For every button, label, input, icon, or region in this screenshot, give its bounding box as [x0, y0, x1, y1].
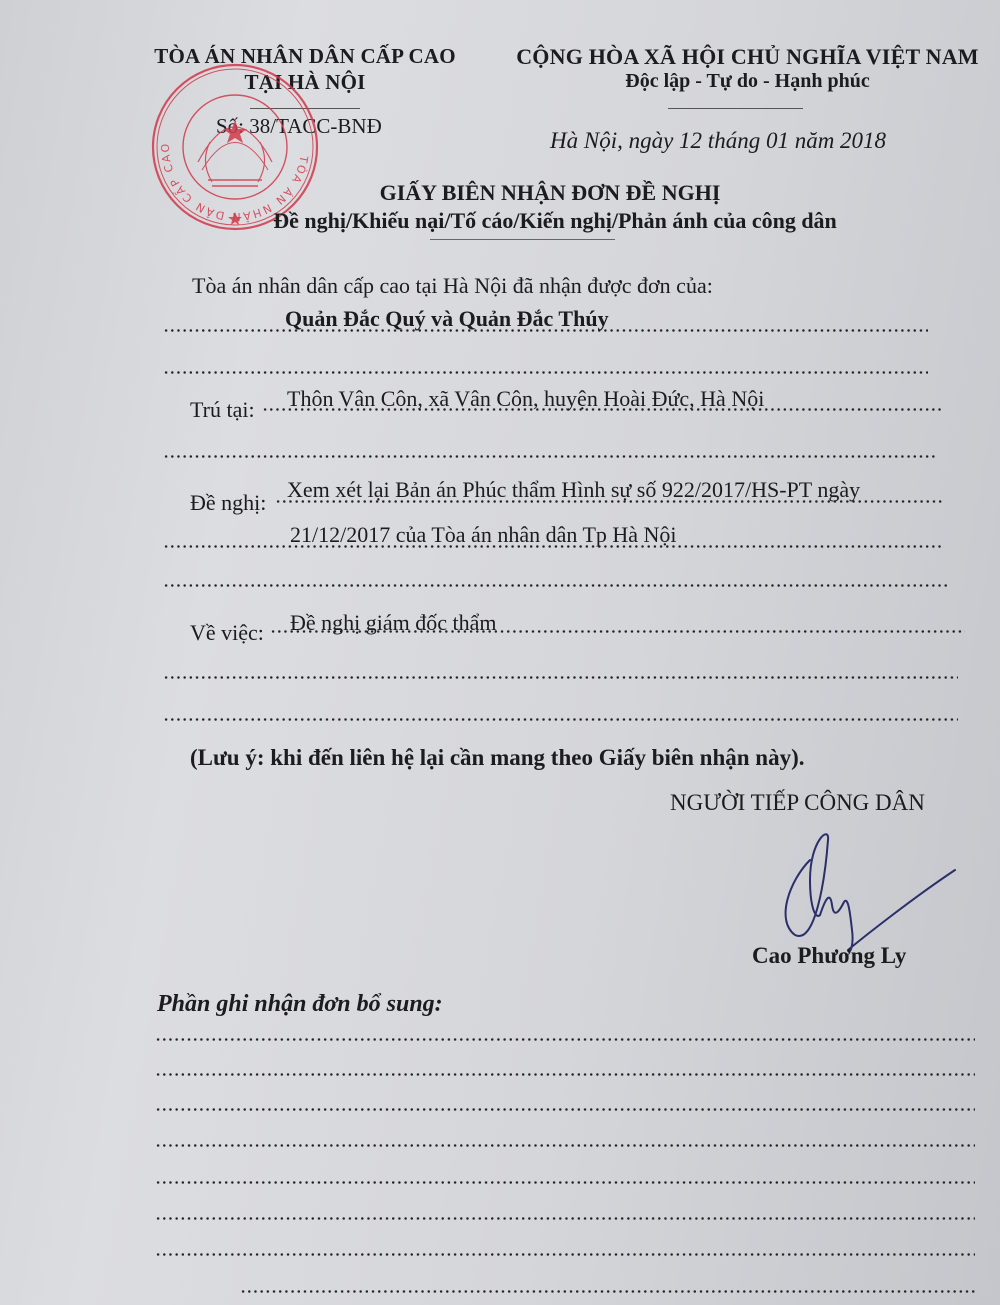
dotted-line: [163, 371, 928, 374]
header-right-rule: [668, 108, 803, 109]
dotted-line: [163, 455, 938, 458]
supplement-dotted-line: [155, 1038, 975, 1041]
supplement-dotted-line: [155, 1253, 975, 1256]
receiver-name: Cao Phương Ly: [752, 943, 906, 969]
country-name: CỘNG HÒA XÃ HỘI CHỦ NGHĨA VIỆT NAM: [505, 44, 990, 70]
supplement-dotted-line: [240, 1290, 975, 1293]
supplement-dotted-line: [155, 1108, 975, 1111]
supplement-heading: Phần ghi nhận đơn bổ sung:: [157, 991, 443, 1018]
applicant-names: Quản Đắc Quý và Quản Đắc Thúy: [285, 306, 609, 332]
reminder-note: (Lưu ý: khi đến liên hệ lại cần mang the…: [190, 745, 804, 771]
court-name: TÒA ÁN NHÂN DÂN CẤP CAO: [140, 44, 470, 69]
subject-label: Về việc:: [190, 620, 264, 646]
dotted-line: [163, 584, 948, 587]
subject-value: Đề nghị giám đốc thẩm: [290, 610, 497, 636]
document-subtitle: Đề nghị/Khiếu nại/Tố cáo/Kiến nghị/Phản …: [200, 208, 910, 234]
header-left-rule: [250, 108, 360, 109]
residence-value: Thôn Vân Côn, xã Vân Côn, huyện Hoài Đức…: [287, 386, 764, 412]
intro-text: Tòa án nhân dân cấp cao tại Hà Nội đã nh…: [192, 273, 713, 299]
residence-label: Trú tại:: [190, 397, 255, 423]
supplement-dotted-line: [155, 1073, 975, 1076]
request-value-line2: 21/12/2017 của Tòa án nhân dân Tp Hà Nội: [290, 522, 677, 548]
request-label: Đề nghị:: [190, 490, 266, 516]
request-value-line1: Xem xét lại Bản án Phúc thẩm Hình sự số …: [287, 477, 860, 503]
title-rule: [430, 239, 615, 240]
supplement-dotted-line: [155, 1181, 975, 1184]
document-number: Số: 38/TACC-BNĐ: [216, 114, 382, 139]
supplement-dotted-line: [155, 1217, 975, 1220]
court-location: TẠI HÀ NỘI: [140, 70, 470, 95]
national-motto: Độc lập - Tự do - Hạnh phúc: [505, 70, 990, 93]
receiver-role: NGƯỜI TIẾP CÔNG DÂN: [670, 790, 925, 816]
document-title: GIẤY BIÊN NHẬN ĐƠN ĐỀ NGHỊ: [200, 180, 900, 206]
supplement-dotted-line: [155, 1144, 975, 1147]
dotted-line: [163, 676, 958, 679]
dotted-line: [163, 718, 958, 721]
issue-date: Hà Nội, ngày 12 tháng 01 năm 2018: [550, 128, 886, 154]
